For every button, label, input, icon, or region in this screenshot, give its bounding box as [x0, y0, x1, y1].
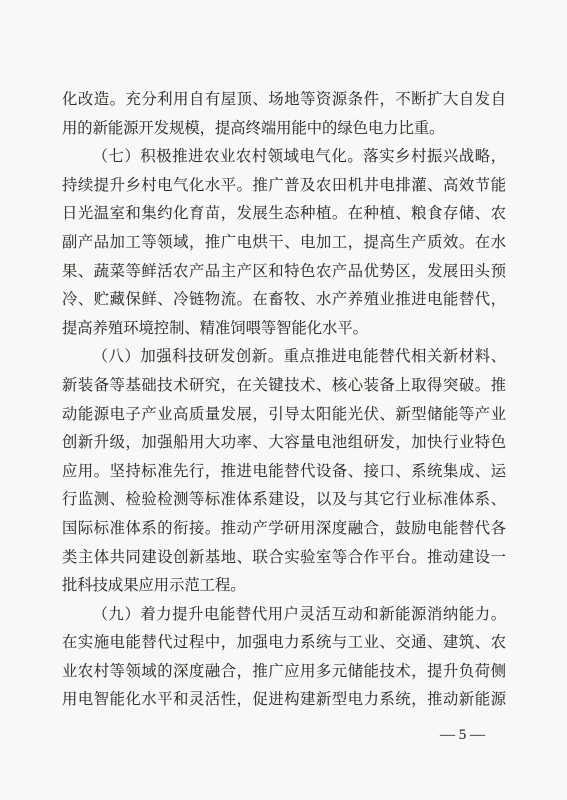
text-line: 持续提升乡村电气化水平。推广普及农田机井电排灌、高效节能 — [62, 172, 506, 201]
text-line: 在实施电能替代过程中，加强电力系统与工业、交通、建筑、农 — [62, 629, 506, 658]
text-line: 动能源电子产业高质量发展，引导太阳能光伏、新型储能等产业 — [62, 401, 506, 430]
text-line: 果、蔬菜等鲜活农产品主产区和特色农产品优势区，发展田头预 — [62, 258, 506, 287]
text-line: （七）积极推进农业农村领域电气化。落实乡村振兴战略， — [62, 143, 506, 172]
text-line: 副产品加工等领域，推广电烘干、电加工，提高生产质效。在水 — [62, 229, 506, 258]
text-line: 提高养殖环境控制、精准饲喂等智能化水平。 — [62, 315, 506, 344]
text-line: （八）加强科技研发创新。重点推进电能替代相关新材料、 — [62, 343, 506, 372]
document-page: 化改造。充分利用自有屋顶、场地等资源条件，不断扩大自发自 用的新能源开发规模，提… — [0, 0, 567, 800]
text-line: 用的新能源开发规模，提高终端用能中的绿色电力比重。 — [62, 115, 506, 144]
text-line: 新装备等基础技术研究，在关键技术、核心装备上取得突破。推 — [62, 372, 506, 401]
text-line: 日光温室和集约化育苗，发展生态种植。在种植、粮食存储、农 — [62, 200, 506, 229]
text-line: 用电智能化水平和灵活性，促进构建新型电力系统，推动新能源 — [62, 686, 506, 715]
text-line: 创新升级，加强船用大功率、大容量电池组研发，加快行业特色 — [62, 429, 506, 458]
text-line: 冷、贮藏保鲜、冷链物流。在畜牧、水产养殖业推进电能替代， — [62, 286, 506, 315]
text-line: 化改造。充分利用自有屋顶、场地等资源条件，不断扩大自发自 — [62, 86, 506, 115]
page-number: — 5 — — [62, 726, 506, 744]
text-line: （九）着力提升电能替代用户灵活互动和新能源消纳能力。 — [62, 601, 506, 630]
text-line: 行监测、检验检测等标准体系建设，以及与其它行业标准体系、 — [62, 486, 506, 515]
document-body: 化改造。充分利用自有屋顶、场地等资源条件，不断扩大自发自 用的新能源开发规模，提… — [62, 86, 506, 744]
text-line: 类主体共同建设创新基地、联合实验室等合作平台。推动建设一 — [62, 544, 506, 573]
text-line: 应用。坚持标准先行，推进电能替代设备、接口、系统集成、运 — [62, 458, 506, 487]
text-line: 国际标准体系的衔接。推动产学研用深度融合，鼓励电能替代各 — [62, 515, 506, 544]
text-line: 批科技成果应用示范工程。 — [62, 572, 506, 601]
text-line: 业农村等领域的深度融合，推广应用多元储能技术，提升负荷侧 — [62, 658, 506, 687]
